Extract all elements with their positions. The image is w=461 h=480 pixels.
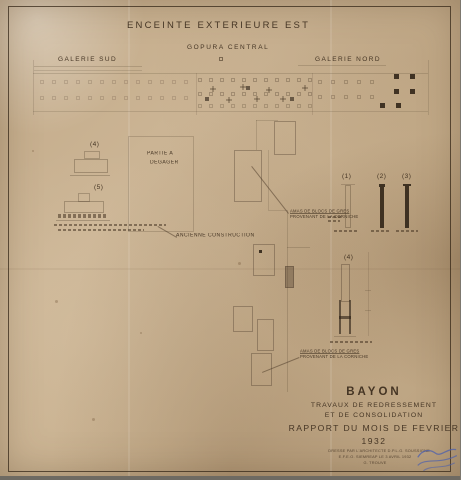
plan-column-symbol (220, 78, 224, 82)
paper-spot (55, 300, 58, 303)
plan-column-symbol (209, 92, 213, 96)
ref-label-1: (1) (342, 173, 351, 180)
label-galerie-nord: GALERIE NORD (315, 56, 381, 63)
plan-column-symbol (394, 89, 399, 94)
plan-column-symbol (370, 95, 374, 99)
plan-block-pile (285, 266, 294, 288)
plan-column-symbol (308, 78, 312, 82)
plan-column-symbol (198, 78, 202, 82)
plan-band-top-line (33, 73, 428, 74)
plan-column-symbol (297, 92, 301, 96)
title-block-year: 1932 (330, 436, 418, 446)
plan-column-symbol (148, 80, 152, 84)
scanned-drawing-sheet: ENCEINTE EXTERIEURE EST GOPURA CENTRAL G… (0, 0, 461, 480)
plan-column-symbol (290, 97, 294, 101)
paper-spot (238, 262, 241, 265)
plan-column-symbol (275, 104, 279, 108)
ref-label-3: (3) (402, 173, 411, 180)
plan-column-symbol (396, 103, 401, 108)
plan-column-symbol (331, 80, 335, 84)
caption-microtext (371, 230, 391, 232)
plan-column-symbol (76, 80, 80, 84)
plan-column-symbol (198, 92, 202, 96)
plan-column-symbol (210, 86, 216, 92)
plan-column-symbol (266, 87, 272, 93)
rule-line (298, 65, 386, 66)
plan-band-left-edge (33, 60, 34, 115)
dimension-line (368, 252, 369, 336)
plan-column-symbol (286, 104, 290, 108)
rule-line (34, 66, 142, 67)
sheet-title: ENCEINTE EXTERIEURE EST (127, 20, 310, 31)
plan-column-symbol (184, 80, 188, 84)
plan-column-symbol (52, 96, 56, 100)
plan-terrace (233, 306, 253, 332)
plan-column-symbol (100, 96, 104, 100)
plan-column-symbol (275, 92, 279, 96)
plan-column-symbol (308, 92, 312, 96)
paper-spot (32, 150, 34, 152)
plan-column-symbol (88, 80, 92, 84)
title-block-monument: BAYON (330, 386, 418, 398)
plan-column-symbol (286, 78, 290, 82)
plan-column-symbol (136, 96, 140, 100)
plan-column-symbol (344, 95, 348, 99)
plan-column-symbol (394, 74, 399, 79)
plan-column-symbol (231, 78, 235, 82)
plan-column-symbol (184, 96, 188, 100)
plan-mark (259, 250, 262, 253)
plan-column-symbol (40, 96, 44, 100)
statue-sketch-4-base (70, 175, 110, 176)
note-amas-lower-line1: AMAS DE BLOCS DE GRES (300, 350, 359, 354)
plan-column-symbol (308, 104, 312, 108)
plan-column-symbol (242, 104, 246, 108)
plan-column-symbol (231, 92, 235, 96)
plan-line (287, 210, 288, 247)
plan-terrace (253, 244, 275, 276)
plan-column-symbol (254, 96, 260, 102)
plan-column-symbol (172, 96, 176, 100)
statue-sketch-5-base (56, 220, 110, 221)
plan-column-symbol (220, 92, 224, 96)
plan-column-symbol (280, 96, 286, 102)
plan-column-symbol (410, 89, 415, 94)
plan-column-symbol (380, 103, 385, 108)
plan-column-symbol (136, 80, 140, 84)
title-block-line2: ET DE CONSOLIDATION (292, 412, 456, 419)
ref-label-2: (2) (377, 173, 386, 180)
plan-column-symbol (331, 95, 335, 99)
label-galerie-sud: GALERIE SUD (58, 56, 117, 63)
statue-sketch-5 (64, 201, 104, 213)
plan-column-symbol (124, 80, 128, 84)
plan-line (268, 150, 269, 210)
plan-column-symbol (302, 85, 308, 91)
plan-column-symbol (64, 96, 68, 100)
note-amas-lower-line2: PROVENANT DE LA CORNICHE (300, 355, 368, 359)
plan-column-symbol (231, 104, 235, 108)
title-block-line1: TRAVAUX DE REDRESSEMENT (292, 402, 456, 409)
plan-band-right-edge (428, 60, 429, 115)
plan-section-line (312, 73, 313, 115)
caption-microtext (330, 341, 372, 343)
plan-column-symbol (198, 104, 202, 108)
statue-sketch-5-plinth (58, 214, 108, 218)
blue-pencil-annotation (412, 440, 461, 475)
ref-label-4-left: (4) (90, 141, 99, 148)
plan-column-symbol (148, 96, 152, 100)
plan-column-symbol (220, 104, 224, 108)
caption-microtext (334, 230, 358, 232)
plan-column-symbol (205, 97, 209, 101)
credit-line3: G. TROUVE (328, 461, 422, 465)
plan-column-symbol (370, 80, 374, 84)
scan-edge (0, 476, 461, 480)
plan-line (268, 210, 287, 211)
plan-column-symbol (246, 86, 250, 90)
caption-microtext (328, 220, 340, 222)
paper-spot (140, 332, 142, 334)
credit-line2: E.F.E.O. SIEMREAP LE 3 AVRIL 1932 (328, 455, 422, 459)
plan-column-symbol (357, 95, 361, 99)
pilaster-2-bar (380, 187, 384, 228)
pilaster-4-crossbar (339, 316, 351, 319)
plan-column-symbol (242, 92, 246, 96)
plan-column-symbol (160, 80, 164, 84)
caption-microtext (396, 230, 418, 232)
plan-column-symbol (242, 78, 246, 82)
plan-column-symbol (160, 96, 164, 100)
plan-column-symbol (264, 104, 268, 108)
plan-column-symbol (253, 78, 257, 82)
plan-column-symbol (209, 78, 213, 82)
credit-line1: DRESSE PAR L'ARCHITECTE D.P.L.G. SOUSSIG… (328, 449, 422, 453)
label-partie-a: PARTIE A (147, 151, 173, 156)
plan-column-symbol (297, 78, 301, 82)
plan-column-symbol (286, 92, 290, 96)
plan-terrace (257, 319, 274, 351)
plan-section-line (196, 73, 197, 115)
plan-column-symbol (318, 95, 322, 99)
plan-column-symbol (357, 80, 361, 84)
plan-column-symbol (40, 80, 44, 84)
pilaster-3-bar (405, 186, 409, 228)
ref-label-5: (5) (94, 184, 103, 191)
paper-spot (92, 418, 95, 421)
plan-column-symbol (226, 97, 232, 103)
plan-column-symbol (124, 96, 128, 100)
plan-column-symbol (410, 74, 415, 79)
plan-column-symbol (52, 80, 56, 84)
plan-column-symbol (318, 80, 322, 84)
plan-column-symbol (64, 80, 68, 84)
label-degager: DEGAGER (150, 160, 179, 165)
label-gopura-central: GOPURA CENTRAL (187, 44, 269, 51)
label-ancienne-construction: ANCIENNE CONSTRUCTION (176, 233, 255, 238)
plan-band-bottom-line (33, 111, 428, 112)
pilaster-4-base (334, 336, 356, 337)
dimension-tick (365, 290, 371, 291)
dimension-tick (365, 310, 371, 311)
note-amas-upper-line1: AMAS DE BLOCS DE GRES (290, 210, 349, 214)
caption-microtext (328, 216, 342, 218)
plan-column-symbol (100, 80, 104, 84)
statue-sketch-4 (74, 159, 108, 173)
plan-column-symbol (264, 78, 268, 82)
plan-column-symbol (112, 80, 116, 84)
plan-chamber (274, 121, 296, 155)
plan-column-symbol (88, 96, 92, 100)
pilaster-4-outline (341, 264, 350, 302)
plan-axis-mark (219, 57, 223, 61)
note-amas-lower: AMAS DE BLOCS DE GRES PROVENANT DE LA CO… (300, 349, 368, 360)
plan-column-symbol (172, 80, 176, 84)
plan-line (287, 247, 310, 248)
ref-label-4-right: (4) (344, 254, 353, 261)
plan-column-symbol (297, 104, 301, 108)
pilaster-1-outline (345, 185, 351, 228)
plan-column-symbol (209, 104, 213, 108)
rule-line (34, 70, 142, 71)
plan-column-symbol (344, 80, 348, 84)
plan-column-symbol (112, 96, 116, 100)
plan-column-symbol (76, 96, 80, 100)
statue-sketch-4 (84, 151, 100, 159)
plan-column-symbol (253, 104, 257, 108)
plan-column-symbol (275, 78, 279, 82)
title-block-line3: RAPPORT DU MOIS DE FEVRIER (287, 423, 461, 433)
plan-line (256, 120, 257, 150)
